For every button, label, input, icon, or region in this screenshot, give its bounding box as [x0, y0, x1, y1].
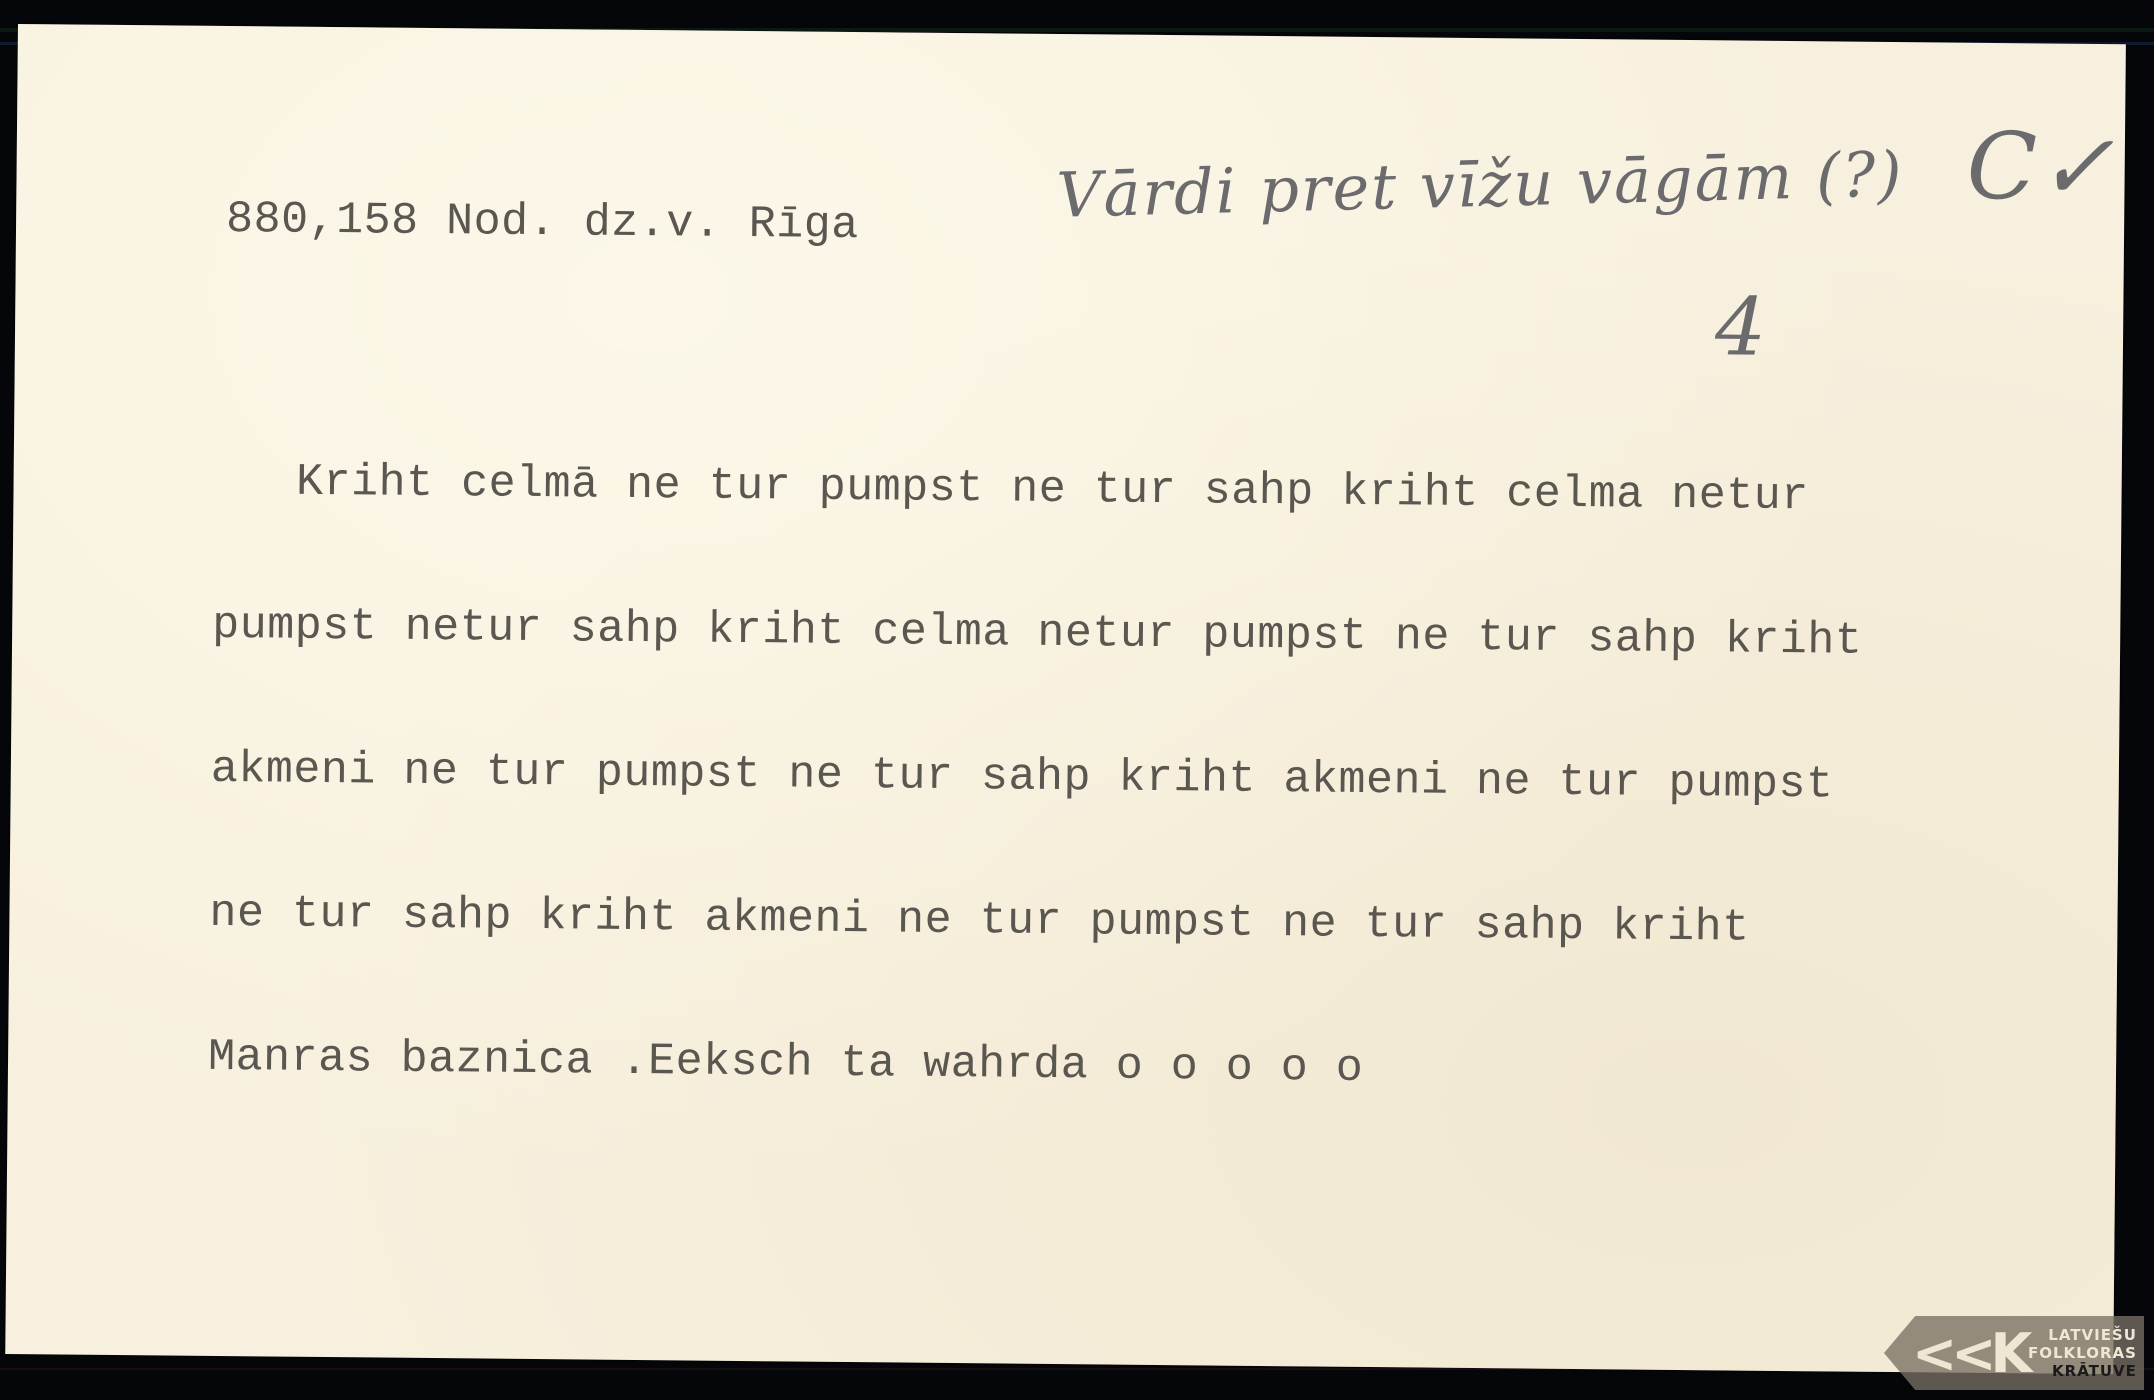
body-line: ne tur sahp kriht akmeni ne tur pumpst n…	[209, 890, 1860, 954]
logo-mark-icon: <<K	[1912, 1322, 2022, 1385]
body-line: Kriht celmā ne tur pumpst ne tur sahp kr…	[213, 458, 1864, 522]
body-line: akmeni ne tur pumpst ne tur sahp kriht a…	[211, 746, 1862, 810]
archive-logo: <<K LATVIEŠU FOLKLORAS KRĀTUVE	[1884, 1316, 2144, 1390]
card-header: 880,158 Nod. dz.v. Rīga	[226, 194, 859, 251]
handwritten-note: Vārdi pret vīžu vāgām (?)	[1056, 137, 1905, 231]
body-line: pumpst netur sahp kriht celma netur pump…	[212, 602, 1863, 666]
card-body: Kriht celmā ne tur pumpst ne tur sahp kr…	[207, 362, 1865, 1194]
logo-line: LATVIEŠU	[2028, 1326, 2137, 1344]
logo-text: LATVIEŠU FOLKLORAS KRĀTUVE	[2028, 1326, 2137, 1380]
logo-line: KRĀTUVE	[2028, 1362, 2137, 1380]
archive-card: 880,158 Nod. dz.v. Rīga Vārdi pret vīžu …	[5, 24, 2126, 1374]
handwritten-checkmark: C✓	[1966, 113, 2115, 221]
body-line: Manras baznica .Eeksch ta wahrda o o o o…	[208, 1034, 1859, 1098]
logo-line: FOLKLORAS	[2028, 1344, 2137, 1362]
handwritten-number: 4	[1715, 280, 1767, 373]
